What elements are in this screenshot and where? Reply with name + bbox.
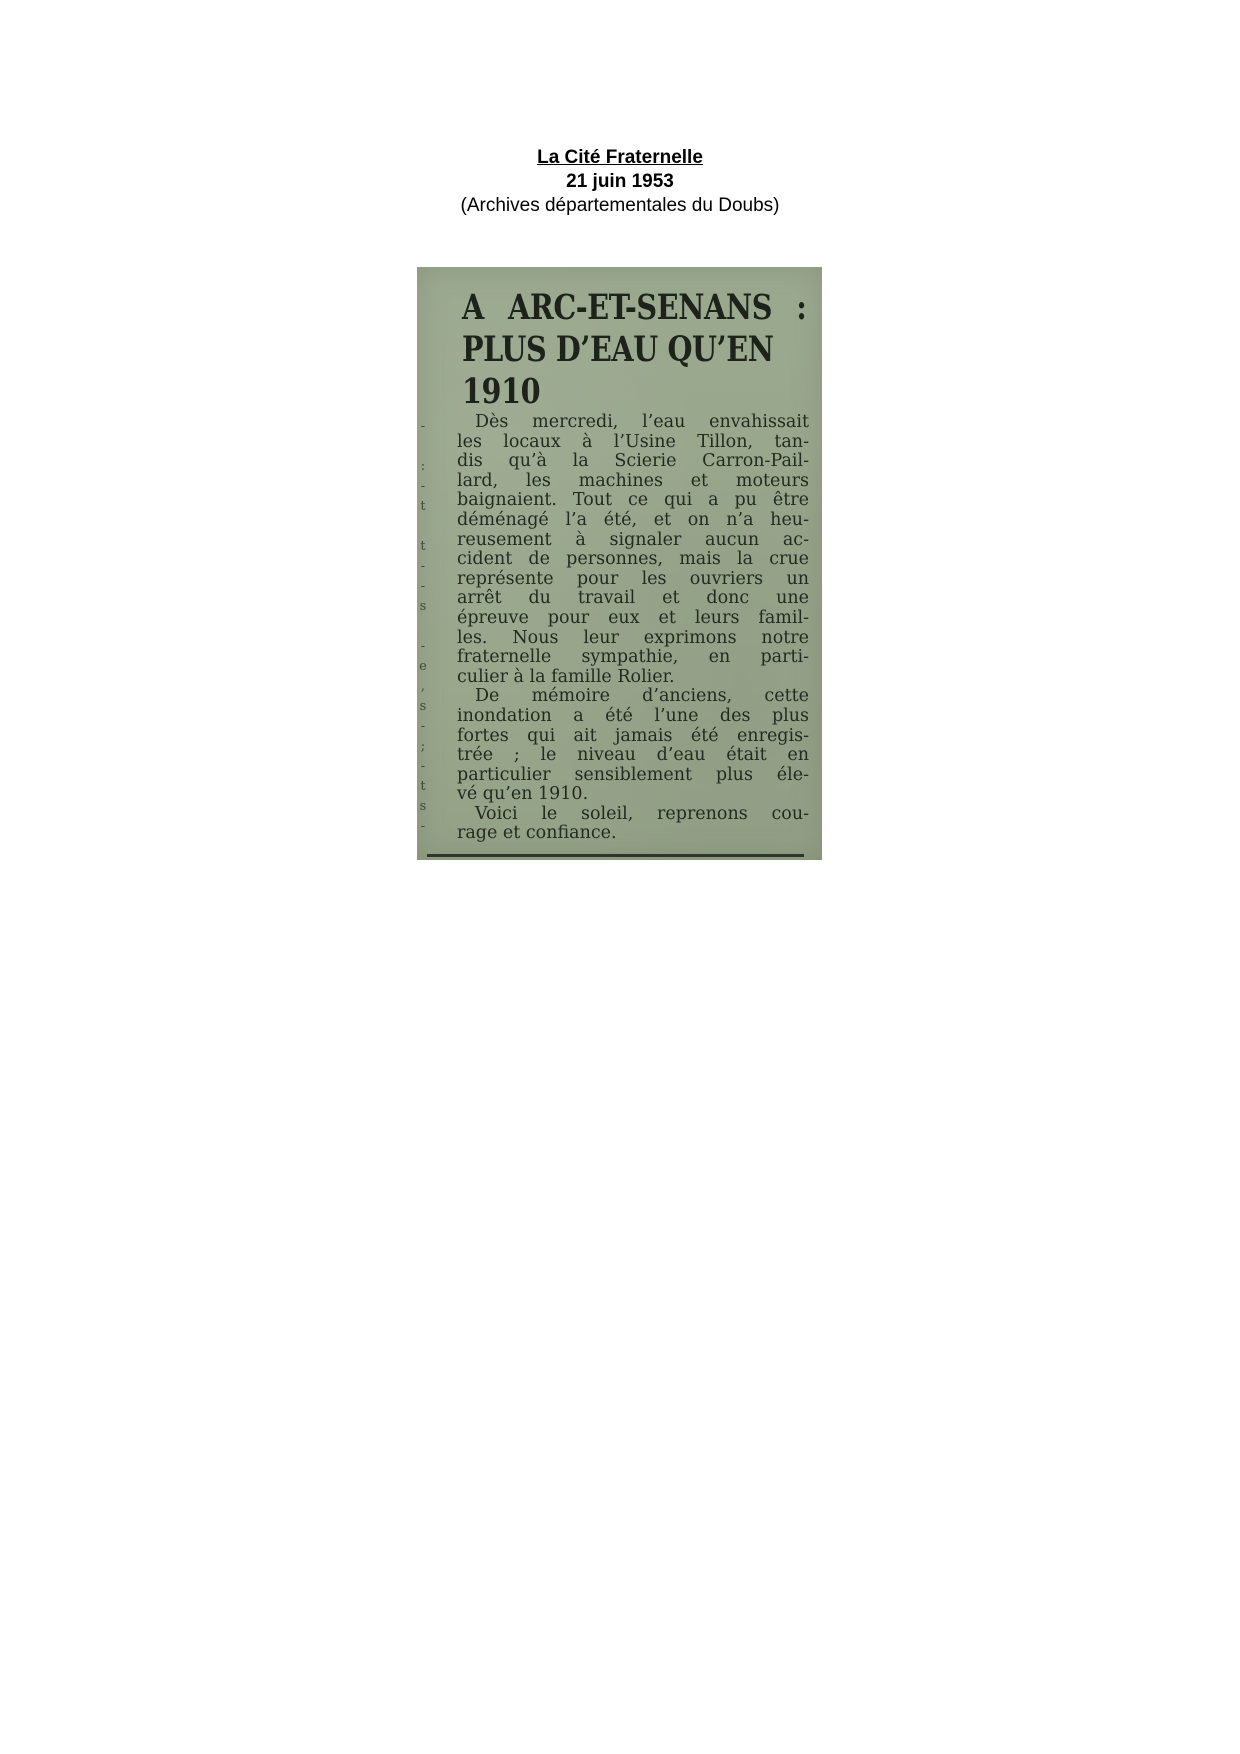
article-text-line: vé qu’en 1910.: [457, 785, 809, 805]
margin-fragment: -: [417, 757, 429, 777]
publication-title: La Cité Fraternelle: [0, 146, 1240, 170]
headline-word: ARC-ET-SENANS: [508, 287, 772, 329]
margin-fragment: s: [417, 797, 429, 817]
headline-line: AARC-ET-SENANS:: [462, 287, 806, 329]
article-text-line: baignaient. Tout ce qui a pu être: [457, 491, 809, 511]
margin-fragment: [417, 617, 429, 637]
margin-fragment: -: [417, 817, 429, 837]
publication-date: 21 juin 1953: [0, 170, 1240, 194]
document-caption: La Cité Fraternelle 21 juin 1953 (Archiv…: [0, 146, 1240, 218]
margin-fragment: [417, 437, 429, 457]
margin-fragment: t: [417, 777, 429, 797]
margin-fragment: t: [417, 537, 429, 557]
margin-fragment: -: [417, 717, 429, 737]
article-text-line: De mémoire d’anciens, cette: [457, 687, 809, 707]
article-body: Dès mercredi, l’eau envahissaitles locau…: [457, 413, 809, 844]
article-text-line: Voici le soleil, reprenons cou-: [457, 805, 809, 825]
article-text-line: particulier sensiblement plus éle-: [457, 766, 809, 786]
headline-line: 1910: [462, 371, 745, 413]
column-rule: [427, 854, 804, 857]
article-text-line: culier à la famille Rolier.: [457, 668, 809, 688]
article-text-line: trée ; le niveau d’eau était en: [457, 746, 809, 766]
adjacent-column-fragments: - :-t t--s -e,s-;-ts-: [417, 267, 429, 860]
article-text-line: dis qu’à la Scierie Carron-Pail-: [457, 452, 809, 472]
archive-source: (Archives départementales du Doubs): [0, 194, 1240, 218]
article-text-line: représente pour les ouvriers un: [457, 570, 809, 590]
margin-fragment: ;: [417, 737, 429, 757]
article-text-line: rage et confiance.: [457, 824, 809, 844]
article-text-line: Dès mercredi, l’eau envahissait: [457, 413, 809, 433]
margin-fragment: [417, 517, 429, 537]
margin-fragment: -: [417, 557, 429, 577]
article-text-line: les locaux à l’Usine Tillon, tan-: [457, 433, 809, 453]
headline-word: A: [462, 287, 484, 329]
headline-word: :: [796, 287, 806, 329]
margin-fragment: -: [417, 417, 429, 437]
margin-fragment: e: [417, 657, 429, 677]
article-text-line: fortes qui ait jamais été enregis-: [457, 727, 809, 747]
article-text-line: épreuve pour eux et leurs famil-: [457, 609, 809, 629]
margin-fragment: s: [417, 597, 429, 617]
article-text-line: arrêt du travail et donc une: [457, 589, 809, 609]
document-page: La Cité Fraternelle 21 juin 1953 (Archiv…: [0, 0, 1240, 1754]
article-text-line: déménagé l’a été, et on n’a heu-: [457, 511, 809, 531]
article-text-line: les. Nous leur exprimons notre: [457, 629, 809, 649]
margin-fragment: ,: [417, 677, 429, 697]
newspaper-clipping-image: - :-t t--s -e,s-;-ts- AARC-ET-SENANS:PLU…: [417, 267, 822, 860]
margin-fragment: t: [417, 497, 429, 517]
article-text-line: cident de personnes, mais la crue: [457, 550, 809, 570]
margin-fragment: s: [417, 697, 429, 717]
margin-fragment: -: [417, 637, 429, 657]
article-text-line: lard, les machines et moteurs: [457, 472, 809, 492]
margin-fragment: -: [417, 577, 429, 597]
margin-fragment: :: [417, 457, 429, 477]
article-text-line: inondation a été l’une des plus: [457, 707, 809, 727]
margin-fragment: -: [417, 477, 429, 497]
headline-line: PLUS D’EAU QU’EN: [462, 329, 745, 371]
article-text-line: fraternelle sympathie, en parti-: [457, 648, 809, 668]
article-text-line: reusement à signaler aucun ac-: [457, 531, 809, 551]
article-headline: AARC-ET-SENANS:PLUS D’EAU QU’EN1910: [462, 287, 745, 413]
